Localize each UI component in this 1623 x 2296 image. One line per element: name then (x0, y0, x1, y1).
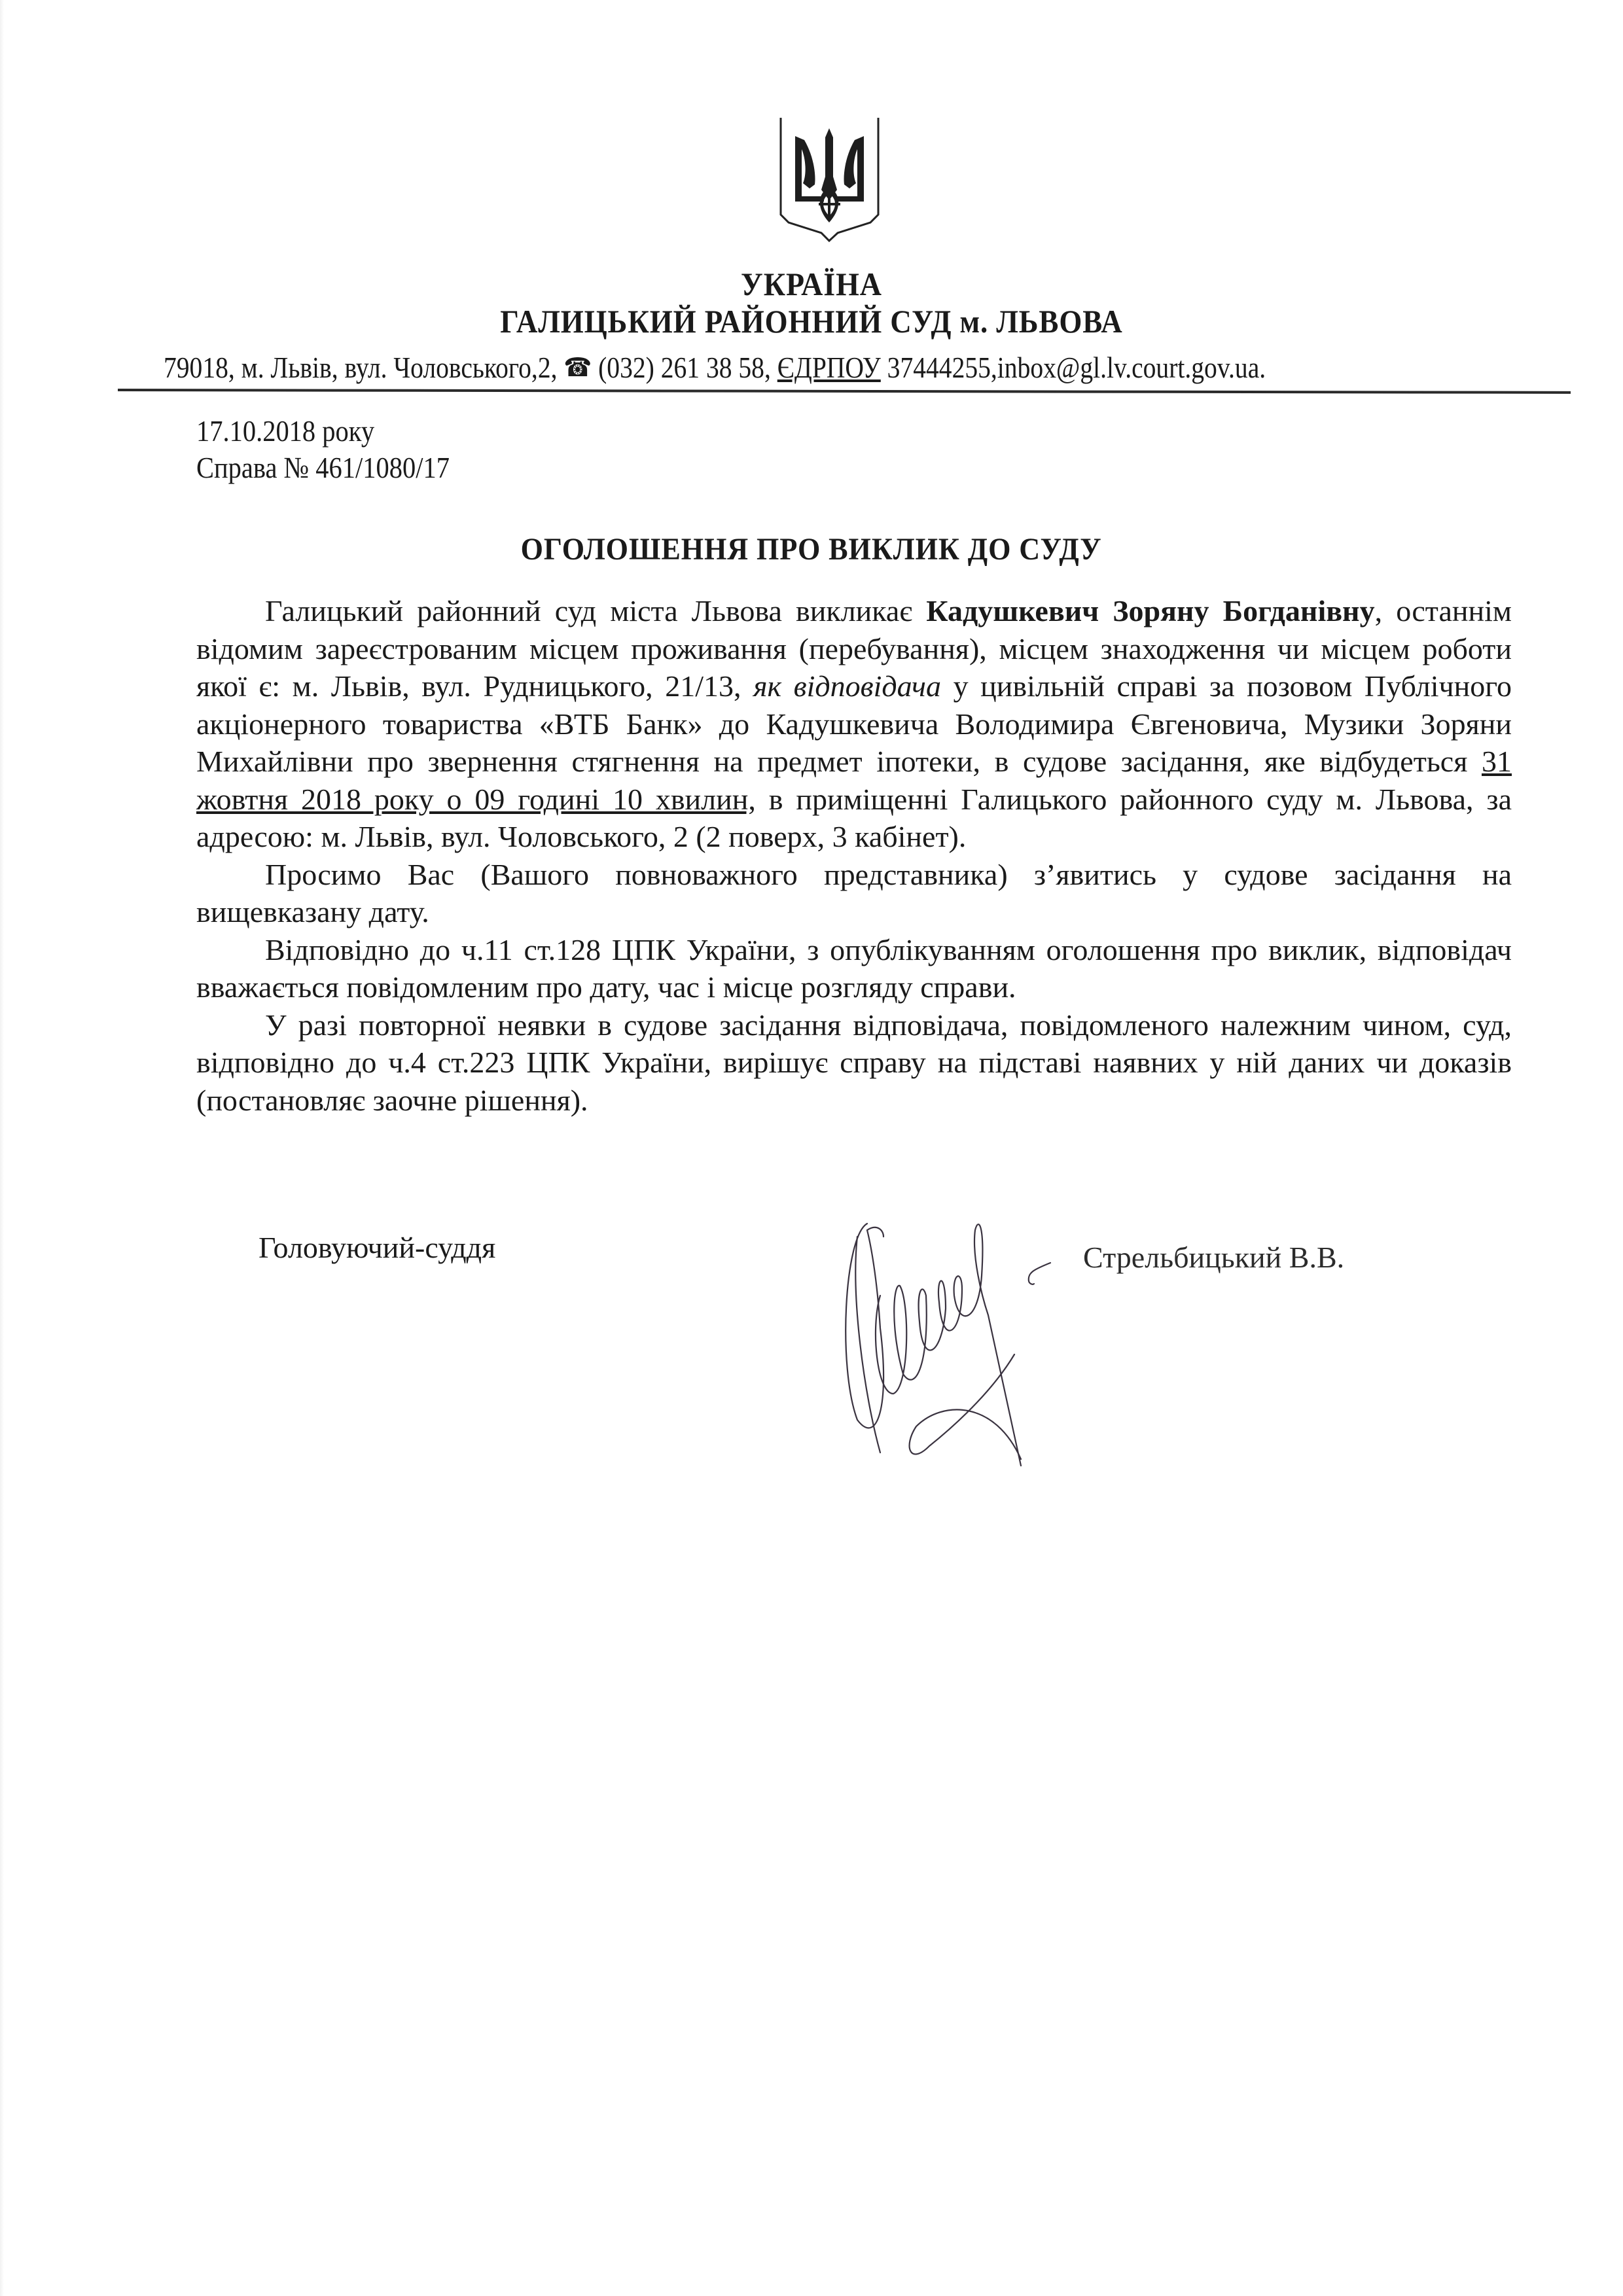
scan-edge (0, 0, 4, 2296)
country-heading: УКРАЇНА (65, 265, 1558, 303)
case-number: Справа № 461/1080/17 (196, 450, 450, 485)
court-address-line: 79018, м. Львів, вул. Чоловського,2, ☎ (… (164, 350, 1391, 385)
judge-position: Головуючий-суддя (259, 1230, 495, 1265)
edrpou-label: ЄДРПОУ (777, 351, 881, 384)
judge-name: Стрельбицький В.В. (1083, 1240, 1344, 1275)
phone-icon: ☎ (563, 352, 592, 383)
p1-intro: Галицький районний суд міста Львова викл… (265, 594, 926, 627)
header-divider (118, 389, 1571, 394)
document-date: 17.10.2018 року (196, 414, 374, 448)
document-title: ОГОЛОШЕННЯ ПРО ВИКЛИК ДО СУДУ (0, 531, 1623, 567)
defendant-role: як відповідача (753, 669, 941, 703)
court-street-address: 79018, м. Львів, вул. Чоловського,2, (164, 351, 558, 384)
summons-paragraph-1: Галицький районний суд міста Львова викл… (196, 592, 1512, 856)
handwritten-signature (831, 1197, 1080, 1472)
trident-coat-of-arms-icon (776, 116, 883, 244)
defendant-name: Кадушкевич Зоряну Богданівну (926, 594, 1374, 627)
summons-paragraph-3: Відповідно до ч.11 ст.128 ЦПК України, з… (196, 931, 1512, 1006)
summons-paragraph-4: У разі повторної неявки в судове засідан… (196, 1006, 1512, 1120)
summons-paragraph-2: Просимо Вас (Вашого повноважного предста… (196, 856, 1512, 931)
document-title-text: ОГОЛОШЕННЯ ПРО ВИКЛИК ДО СУДУ (521, 531, 1102, 567)
edrpou-and-email: 37444255,inbox@gl.lv.court.gov.ua. (887, 351, 1266, 384)
summons-body: Галицький районний суд міста Львова викл… (196, 592, 1512, 1119)
court-phone: (032) 261 38 58, (598, 351, 771, 384)
court-name-heading: ГАЛИЦЬКИЙ РАЙОННИЙ СУД м. ЛЬВОВА (81, 302, 1542, 340)
